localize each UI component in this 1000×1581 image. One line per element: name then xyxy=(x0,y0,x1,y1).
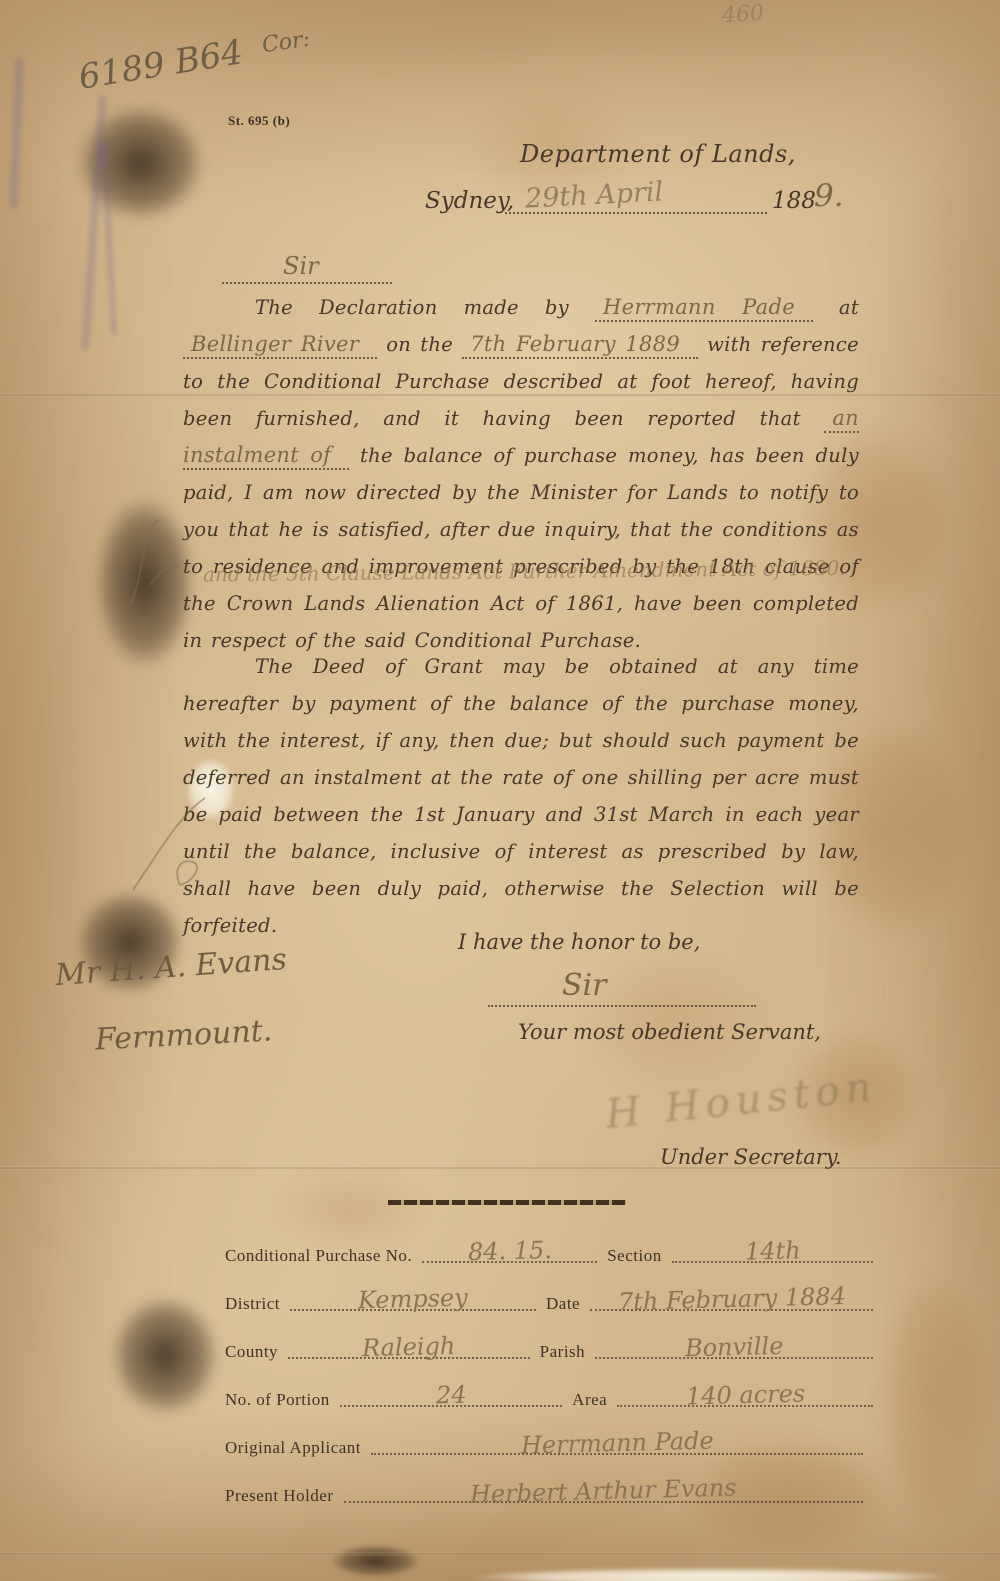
date-text: 29th April xyxy=(524,176,664,214)
form-row: Present HolderHerbert Arthur Evans xyxy=(225,1458,873,1506)
paragraph-2: The Deed of Grant may be obtained at any… xyxy=(183,648,859,944)
place-text: Sydney, xyxy=(425,188,514,214)
form-value: 84. 15. xyxy=(467,1236,552,1266)
letterhead-place: Sydney, xyxy=(425,188,514,214)
handwritten-entry: 7th February 1889 xyxy=(462,332,698,359)
honor-line: I have the honor to be, xyxy=(458,930,700,954)
schedule-form: Conditional Purchase No.84. 15.Section14… xyxy=(225,1218,873,1506)
form-value: 14th xyxy=(744,1236,800,1265)
year-printed-text: 188 xyxy=(772,188,816,214)
form-row: DistrictKempseyDate7th February 1884 xyxy=(225,1266,873,1314)
addressee-name-text: Mr H. A. Evans xyxy=(54,942,288,993)
burn-stain xyxy=(318,1540,433,1581)
ink-bleedthrough xyxy=(81,95,107,350)
foxing-stain xyxy=(860,1240,1000,1560)
printed-text: on the xyxy=(377,333,462,356)
form-label: Original Applicant xyxy=(225,1438,361,1458)
form-label: Parish xyxy=(540,1342,586,1362)
file-note-suffix: Cor: xyxy=(260,27,311,58)
handwritten-entry: Herrmann Pade xyxy=(595,295,813,322)
servant-line-text: Your most obedient Servant, xyxy=(518,1020,821,1044)
printed-text: The Declaration made by xyxy=(255,296,595,319)
file-number-note: 6189 B64 xyxy=(76,32,246,97)
form-blank: Herbert Arthur Evans xyxy=(344,1473,863,1503)
burn-stain xyxy=(58,88,223,238)
signature: H Houston xyxy=(603,1064,879,1138)
under-secretary-title: Under Secretary. xyxy=(660,1145,842,1169)
form-value: Raleigh xyxy=(362,1332,456,1362)
form-value: Herbert Arthur Evans xyxy=(470,1474,737,1509)
form-blank: Kempsey xyxy=(290,1281,536,1311)
form-blank: Herrmann Pade xyxy=(371,1425,863,1455)
form-code: St. 695 (b) xyxy=(228,113,290,129)
form-code-text: St. 695 (b) xyxy=(228,113,290,128)
form-value: Herrmann Pade xyxy=(520,1426,713,1459)
form-value: 140 acres xyxy=(685,1379,805,1410)
servant-line: Your most obedient Servant, xyxy=(518,1020,821,1044)
top-right-note-text: 460 xyxy=(721,1,765,29)
addressee-place-text: Fernmount. xyxy=(94,1013,273,1057)
signature-text: H Houston xyxy=(603,1064,879,1138)
form-label: Area xyxy=(572,1390,607,1410)
addressee-place: Fernmount. xyxy=(94,1013,273,1057)
addressee-name: Mr H. A. Evans xyxy=(54,942,288,993)
form-label: Conditional Purchase No. xyxy=(225,1246,412,1266)
form-blank: 84. 15. xyxy=(422,1233,597,1263)
form-value: Bonville xyxy=(685,1332,784,1363)
document-page: 6189 B64 Cor: 460 St. 695 (b) Department… xyxy=(0,0,1000,1581)
torn-bottom-edge xyxy=(425,1566,1000,1581)
fold-crease xyxy=(0,1552,1000,1556)
form-label: Date xyxy=(546,1294,580,1314)
pencil-mark xyxy=(120,515,190,610)
form-row: No. of Portion24Area140 acres xyxy=(225,1362,873,1410)
department-text: Department of Lands, xyxy=(520,140,796,168)
under-secretary-text: Under Secretary. xyxy=(660,1145,842,1169)
date-handwritten: 29th April xyxy=(524,176,664,214)
form-blank: Raleigh xyxy=(288,1329,530,1359)
salutation-line xyxy=(222,282,392,284)
form-blank: 140 acres xyxy=(617,1377,873,1407)
printed-text: the balance of purchase money, has been … xyxy=(183,444,859,652)
printed-text: at xyxy=(813,296,859,319)
form-value: 7th February 1884 xyxy=(617,1282,846,1316)
form-blank: 14th xyxy=(672,1233,873,1263)
fold-crease xyxy=(0,1166,1000,1170)
form-label: Section xyxy=(607,1246,662,1266)
paragraph-1: The Declaration made by Herrmann Pade at… xyxy=(183,289,859,659)
form-value: 24 xyxy=(435,1381,466,1410)
year-printed: 188 xyxy=(772,188,816,214)
year-handwritten: 9. xyxy=(814,178,844,214)
paragraph-2-text: The Deed of Grant may be obtained at any… xyxy=(183,655,859,937)
form-row: Original ApplicantHerrmann Pade xyxy=(225,1410,873,1458)
form-row: Conditional Purchase No.84. 15.Section14… xyxy=(225,1218,873,1266)
form-blank: Bonville xyxy=(595,1329,873,1359)
salutation-text: Sir xyxy=(283,252,319,280)
year-handwritten-text: 9. xyxy=(814,178,844,214)
form-row: CountyRaleighParishBonville xyxy=(225,1314,873,1362)
form-blank: 7th February 1884 xyxy=(590,1281,873,1311)
honor-line-text: I have the honor to be, xyxy=(458,930,700,954)
form-label: District xyxy=(225,1294,280,1314)
sir-blank-line xyxy=(488,1005,756,1007)
form-label: No. of Portion xyxy=(225,1390,330,1410)
form-label: County xyxy=(225,1342,278,1362)
sir-handwritten: Sir xyxy=(562,968,607,1003)
salutation: Sir xyxy=(283,252,319,280)
top-right-note: 460 xyxy=(721,1,765,29)
sir-text: Sir xyxy=(562,968,607,1003)
burn-stain xyxy=(95,1278,235,1433)
form-value: Kempsey xyxy=(358,1284,468,1315)
ink-bleedthrough xyxy=(101,140,117,335)
ink-bleedthrough xyxy=(9,58,23,208)
file-note-suffix-text: Cor: xyxy=(260,27,311,58)
handwritten-entry: Bellinger River xyxy=(183,332,377,359)
letterhead-department: Department of Lands, xyxy=(520,140,796,168)
section-divider-rule xyxy=(388,1200,626,1205)
file-number: 6189 B64 xyxy=(76,32,246,97)
form-label: Present Holder xyxy=(225,1486,334,1506)
form-blank: 24 xyxy=(340,1377,562,1407)
